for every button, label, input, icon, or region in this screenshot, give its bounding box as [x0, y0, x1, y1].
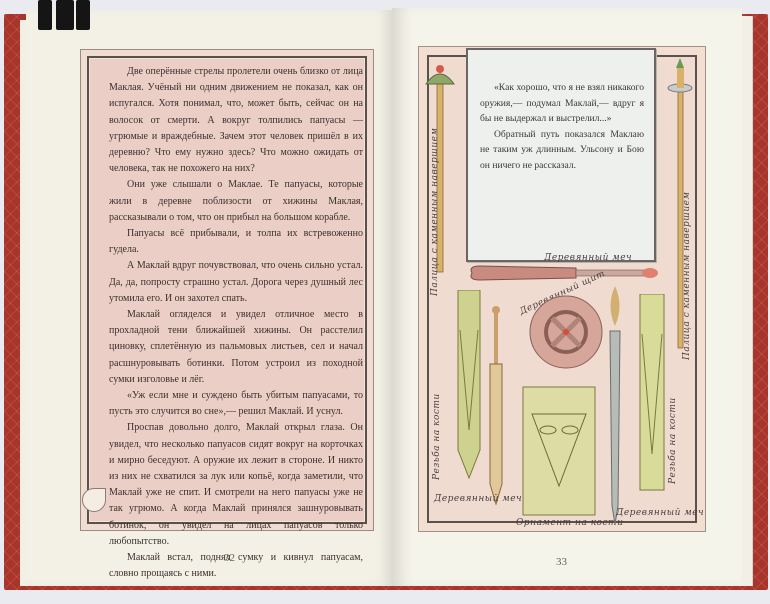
- wooden-sword-horizontal-icon: [466, 262, 662, 284]
- label-bone-carving-right: Резьба на кости: [668, 397, 678, 484]
- text-frame-left: Две оперённые стрелы пролетели очень бли…: [80, 49, 374, 531]
- paragraph: А Маклай вдруг почувствовал, что очень с…: [109, 258, 363, 307]
- label-wooden-sword-left: Деревянный меч: [434, 494, 522, 504]
- page-number-left: 32: [224, 552, 235, 564]
- paragraph: Они уже слышали о Маклае. Те папуасы, ко…: [109, 177, 363, 226]
- label-stone-club-right: Палица с каменным навершием: [682, 192, 692, 360]
- label-wooden-sword-right: Деревянный меч: [616, 508, 704, 518]
- binder-clip-icon: [38, 0, 90, 32]
- bone-carving-left-icon: [454, 290, 484, 480]
- paragraph: «Уж если мне и суждено быть убитым папуа…: [109, 388, 363, 420]
- label-stone-club-left: Палица с каменным навершием: [430, 128, 440, 296]
- dagger-icon: [604, 286, 626, 526]
- page-stack-edge-right: [742, 16, 753, 586]
- paragraph: «Как хорошо, что я не взял никакого оруж…: [480, 80, 644, 127]
- scroll-curl-icon: [82, 488, 106, 512]
- story-text: Две оперённые стрелы пролетели очень бли…: [109, 64, 363, 583]
- paragraph: Проспав довольно долго, Маклай открыл гл…: [109, 420, 363, 550]
- bone-carving-right-icon: [636, 294, 668, 494]
- paragraph: Обратный путь показался Маклаю не таким …: [480, 127, 644, 174]
- paragraph: Две оперённые стрелы пролетели очень бли…: [109, 64, 363, 177]
- page-number-right: 33: [556, 556, 567, 568]
- paragraph: Маклай встал, поднял сумку и кивнул папу…: [109, 550, 363, 582]
- stone-club-left-icon: [420, 60, 460, 280]
- paragraph: Маклай огляделся и увидел отличное место…: [109, 307, 363, 388]
- label-bone-carving-left: Резьба на кости: [432, 393, 442, 480]
- wooden-shield-icon: [526, 292, 606, 372]
- bone-ornament-icon: [522, 386, 596, 516]
- serrated-spear-icon: [488, 304, 504, 510]
- paragraph: Папуасы всё прибывали, и толпа их встрев…: [109, 226, 363, 258]
- text-note: «Как хорошо, что я не взял никакого оруж…: [466, 48, 656, 262]
